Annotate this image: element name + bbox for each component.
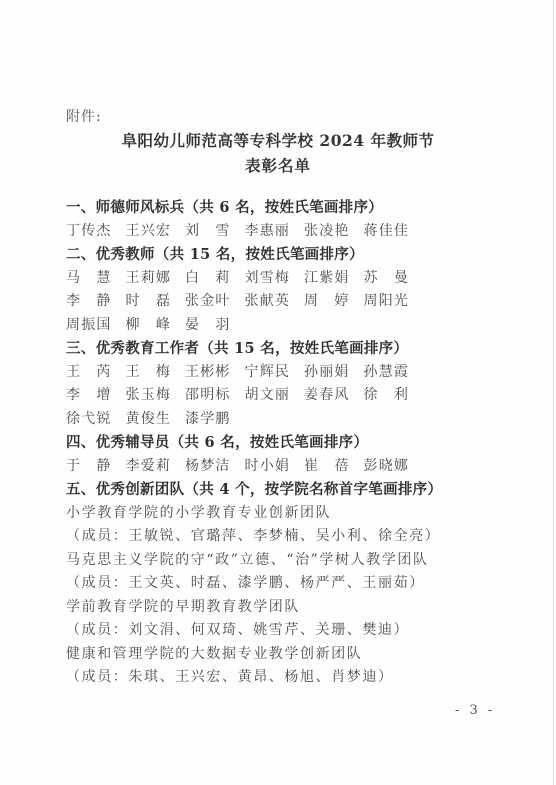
awardee-name: 周 婷 <box>304 290 364 314</box>
section-heading-innovation-teams: 五、优秀创新团队（共 4 个，按学院名称首字笔画排序） <box>66 478 506 502</box>
team-name: 小学教育学院的小学教育专业创新团队 <box>66 502 506 526</box>
awardee-name: 丁传杰 <box>66 220 126 244</box>
awardee-name: 孙慧霞 <box>364 361 424 385</box>
names-row: 周振国 柳 峰 晏 羽 <box>66 314 506 338</box>
awardee-name: 崔 蓓 <box>304 455 364 479</box>
awardee-name: 王莉娜 <box>126 267 186 291</box>
names-row: 王 芮 王 梅 王彬彬 宁辉民 孙丽娟 孙慧霞 <box>66 361 506 385</box>
awardee-name: 于 静 <box>66 455 126 479</box>
awardee-name: 蒋佳佳 <box>364 220 424 244</box>
team-members: （成员：刘文涓、何双琦、姚雪芹、关珊、樊迪） <box>66 619 506 643</box>
awardee-name: 马 慧 <box>66 267 126 291</box>
awardee-name: 张献英 <box>245 290 305 314</box>
awardee-name: 周阳光 <box>364 290 424 314</box>
awardee-name: 李 增 <box>66 384 126 408</box>
awardee-name: 李 静 <box>66 290 126 314</box>
awardee-name: 柳 峰 <box>126 314 186 338</box>
awardee-name: 白 莉 <box>185 267 245 291</box>
page-number: - 3 - <box>455 703 495 718</box>
awardee-name: 胡文丽 <box>245 384 305 408</box>
awardee-name: 时 磊 <box>126 290 186 314</box>
awardee-name: 晏 羽 <box>185 314 245 338</box>
names-row: 于 静 李爱莉 杨梦洁 时小娟 崔 蓓 彭晓娜 <box>66 455 506 479</box>
award-list: 一、师德师风标兵（共 6 名，按姓氏笔画排序） 丁传杰 王兴宏 刘 雪 李惠丽 … <box>66 196 506 690</box>
section-heading-excellent-educators: 三、优秀教育工作者（共 15 名，按姓氏笔画排序） <box>66 337 506 361</box>
awardee-name: 徐 利 <box>364 384 424 408</box>
awardee-name: 王 芮 <box>66 361 126 385</box>
awardee-name: 孙丽娟 <box>304 361 364 385</box>
awardee-name: 时小娟 <box>245 455 305 479</box>
awardee-name: 漆学鹏 <box>185 408 245 432</box>
awardee-name: 彭晓娜 <box>364 455 424 479</box>
awardee-name: 刘雪梅 <box>245 267 305 291</box>
awardee-name: 刘 雪 <box>185 220 245 244</box>
awardee-name: 张凌艳 <box>304 220 364 244</box>
awardee-name: 江紫娟 <box>304 267 364 291</box>
team-name: 健康和管理学院的大数据专业教学创新团队 <box>66 643 506 667</box>
names-row: 李 静 时 磊 张金叶 张献英 周 婷 周阳光 <box>66 290 506 314</box>
awardee-name: 周振国 <box>66 314 126 338</box>
team-name: 马克思主义学院的守“政”立德、“治”学树人教学团队 <box>66 549 506 573</box>
awardee-name: 黄俊生 <box>126 408 186 432</box>
awardee-name: 王 梅 <box>126 361 186 385</box>
awardee-name: 王兴宏 <box>126 220 186 244</box>
document-title: 阜阳幼儿师范高等专科学校 2024 年教师节 <box>0 129 556 151</box>
awardee-name: 张玉梅 <box>126 384 186 408</box>
awardee-name: 徐弋锐 <box>66 408 126 432</box>
section-heading-ethics-model: 一、师德师风标兵（共 6 名，按姓氏笔画排序） <box>66 196 506 220</box>
document-subtitle: 表彰名单 <box>0 154 556 176</box>
awardee-name: 苏 曼 <box>364 267 424 291</box>
names-row: 李 增 张玉梅 邵明标 胡文丽 姜春风 徐 利 <box>66 384 506 408</box>
awardee-name: 王彬彬 <box>185 361 245 385</box>
awardee-name: 李爱莉 <box>126 455 186 479</box>
awardee-name: 宁辉民 <box>245 361 305 385</box>
team-name: 学前教育学院的早期教育教学团队 <box>66 596 506 620</box>
section-heading-excellent-teachers: 二、优秀教师（共 15 名，按姓氏笔画排序） <box>66 243 506 267</box>
awardee-name: 张金叶 <box>185 290 245 314</box>
team-members: （成员：朱琪、王兴宏、黄昂、杨旭、肖梦迪） <box>66 666 506 690</box>
names-row: 丁传杰 王兴宏 刘 雪 李惠丽 张凌艳 蒋佳佳 <box>66 220 506 244</box>
page-edge <box>553 0 554 785</box>
attachment-label: 附件: <box>66 106 102 126</box>
awardee-name: 邵明标 <box>185 384 245 408</box>
names-row: 徐弋锐 黄俊生 漆学鹏 <box>66 408 506 432</box>
section-heading-excellent-counselors: 四、优秀辅导员（共 6 名，按姓氏笔画排序） <box>66 431 506 455</box>
team-members: （成员：王敏锐、官璐萍、李梦楠、吴小利、徐全亮） <box>66 525 506 549</box>
awardee-name: 杨梦洁 <box>185 455 245 479</box>
names-row: 马 慧 王莉娜 白 莉 刘雪梅 江紫娟 苏 曼 <box>66 267 506 291</box>
awardee-name: 李惠丽 <box>245 220 305 244</box>
team-members: （成员：王文英、时磊、漆学鹏、杨严严、王丽茹） <box>66 572 506 596</box>
awardee-name: 姜春风 <box>304 384 364 408</box>
